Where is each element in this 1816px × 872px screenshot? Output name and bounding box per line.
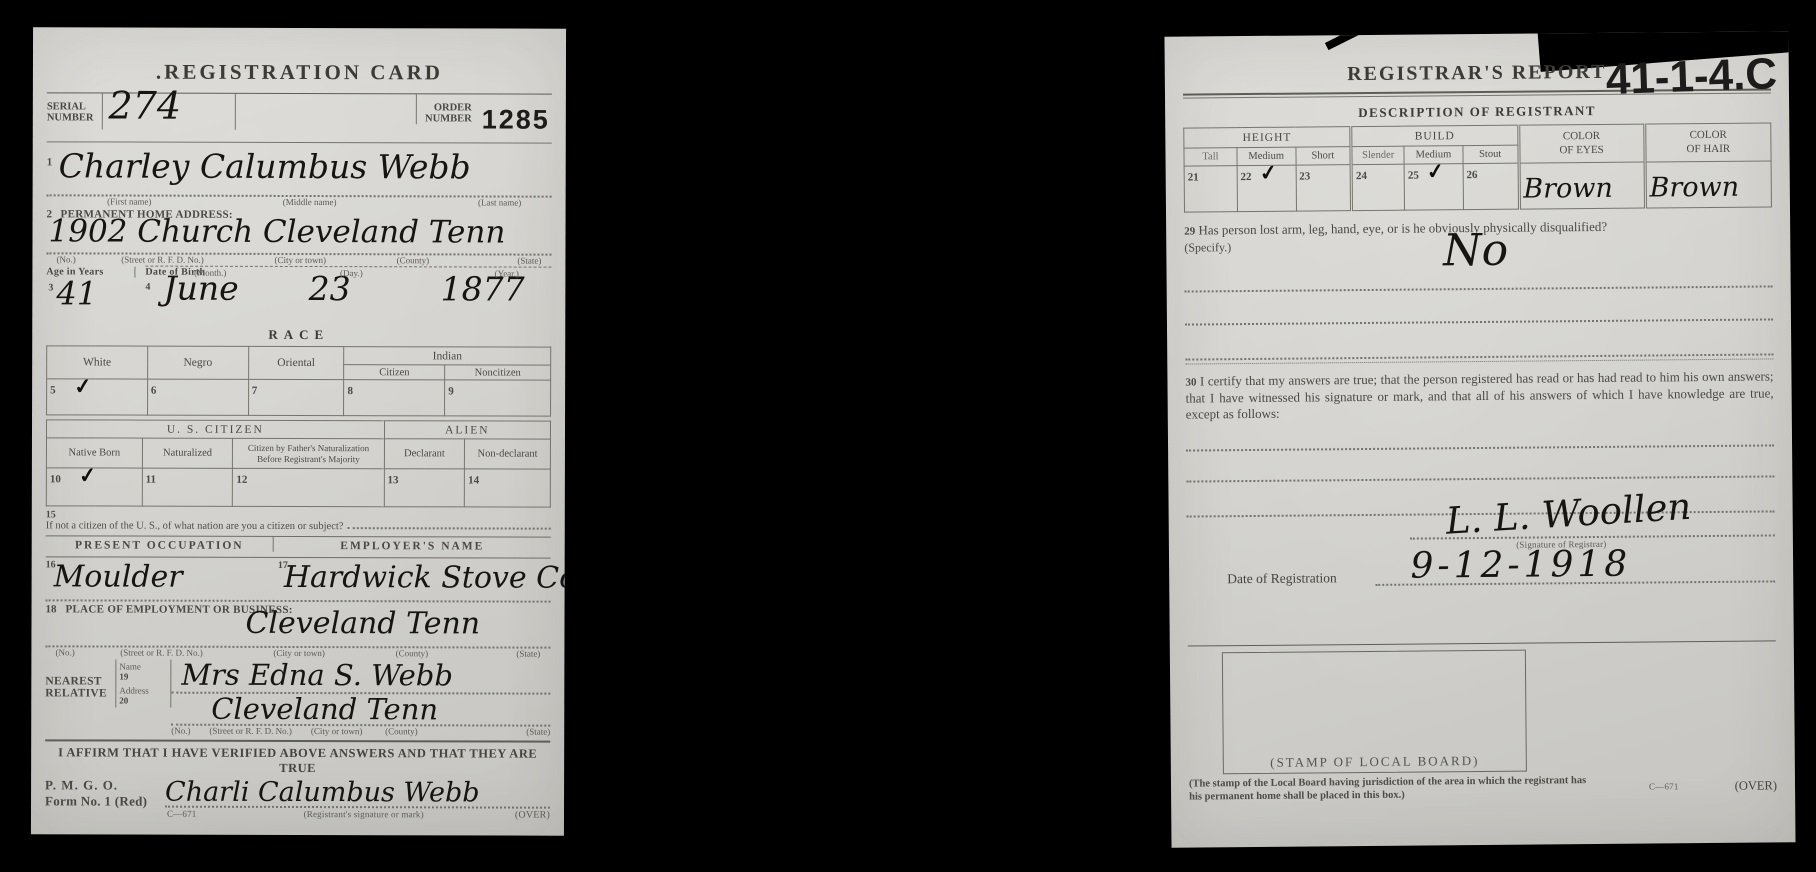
affirmation-text: I AFFIRM THAT I HAVE VERIFIED ABOVE ANSW… (45, 739, 550, 776)
line18-number: 18 (46, 603, 57, 615)
build-cell-25: 25 ✓ (1404, 164, 1463, 211)
age-value: 41 (56, 278, 97, 308)
registrant-name-value: Charley Calumbus Webb (59, 150, 471, 182)
citizen-cell-father: 12 (233, 468, 384, 506)
present-occupation-header: PRESENT OCCUPATION (46, 536, 274, 552)
occupation-value: Moulder (54, 563, 183, 592)
blank-line (1186, 475, 1774, 482)
stamp-box: (STAMP OF LOCAL BOARD) (1222, 649, 1527, 774)
citizen-cell-nondeclarant: 14 (465, 469, 551, 507)
sublabel-no: (No.) (57, 254, 76, 264)
registration-card: .REGISTRATION CARD SERIAL NUMBER 274 ORD… (31, 27, 566, 835)
sublabel-city: (City or town) (274, 255, 326, 265)
stamp-section-rule (1188, 640, 1776, 646)
registrant-signature-label: (Registrant's signature or mark) (304, 809, 424, 819)
relative-name-label: Name (119, 662, 141, 672)
eyes-cell: Brown (1519, 162, 1646, 209)
race-col-indian: Indian (344, 347, 551, 366)
over-label: (OVER) (1735, 778, 1777, 793)
q30-text: I certify that my answers are true; that… (1186, 368, 1774, 421)
line15-text: If not a citizen of the U. S., of what n… (46, 520, 344, 532)
employment-place-line: 18 PLACE OF EMPLOYMENT OR BUSINESS: Clev… (45, 601, 550, 646)
relative-field-labels: Name 19 Address 20 (115, 660, 171, 708)
relative-address-value: Cleveland Tenn (211, 696, 438, 724)
color-of-eyes-header: COLOR OF EYES (1518, 124, 1645, 163)
serial-number-value: 274 (108, 84, 181, 128)
form-id: P. M. G. O. Form No. 1 (Red) (45, 777, 165, 809)
q29-number: 29 (1184, 225, 1195, 237)
sublabel-month: (Month.) (194, 268, 226, 278)
registration-card-title: .REGISTRATION CARD (47, 59, 552, 85)
registration-date-value: 9-12-1918 (1410, 548, 1631, 584)
employers-name-header: EMPLOYER'S NAME (274, 537, 551, 553)
race-white-checkmark: ✓ (73, 380, 92, 394)
height-header: HEIGHT (1184, 127, 1351, 148)
relative-address-line: Cleveland Tenn (171, 694, 550, 727)
stamp-note-row: (The stamp of the Local Board having jur… (1189, 772, 1777, 803)
line1-number: 1 (47, 156, 53, 168)
sublabel-street: (Street or R. F. D. No.) (209, 726, 292, 736)
registrant-signature-area: Charli Calumbus Webb C—671 (Registrant's… (165, 778, 550, 823)
sublabel-street: (Street or R. F. D. No.) (120, 648, 203, 658)
line15: 15 If not a citizen of the U. S., of wha… (46, 509, 551, 532)
race-cell-indian-citizen: 8 (344, 380, 445, 416)
age-birth-row: Age in Years 3 41 Date of Birth 4 June 2… (46, 266, 551, 323)
us-citizen-header: U. S. CITIZEN (46, 420, 384, 439)
employer-value: Hardwick Stove Co (284, 564, 566, 593)
sublabel-county: (County) (385, 726, 418, 736)
description-table: HEIGHT BUILD COLOR OF EYES COLOR OF HAIR… (1183, 122, 1772, 212)
sublabel-last-name: (Last name) (478, 197, 521, 207)
stamp-box-label: (STAMP OF LOCAL BOARD) (1224, 752, 1526, 771)
line15-fill (347, 527, 550, 530)
build-medium-checkmark: ✓ (1426, 164, 1445, 179)
blank-line (1186, 444, 1774, 451)
registrars-report-card: REGISTRAR'S REPORT 41-1-4.C DESCRIPTION … (1164, 31, 1795, 847)
height-cell-21: 21 (1184, 166, 1237, 212)
serial-number-label: SERIAL NUMBER (47, 93, 94, 123)
sublabel-day: (Day.) (340, 268, 363, 278)
citizen-col-father: Citizen by Father's Naturalization Befor… (233, 438, 384, 468)
birth-line-number: 4 (145, 282, 150, 293)
relative-address-sublabels: (No.) (Street or R. F. D. No.) (City or … (171, 726, 550, 737)
race-cell-negro: 6 (147, 379, 248, 415)
occupation-values-row: 16 Moulder 17 Hardwick Stove Co (46, 557, 551, 602)
build-stout: Stout (1463, 145, 1519, 163)
race-col-negro: Negro (147, 346, 248, 379)
hair-cell: Brown (1645, 161, 1772, 208)
citizen-col-declarant: Declarant (384, 439, 465, 469)
relative-name-value: Mrs Edna S. Webb (181, 662, 453, 690)
build-cell-26: 26 (1463, 163, 1519, 209)
sublabel-no: (No.) (56, 647, 75, 657)
race-cell-white: 5 ✓ (47, 379, 148, 415)
home-address-sublabels: (No.) (Street or R. F. D. No.) (City or … (46, 254, 551, 265)
relative-values: Mrs Edna S. Webb Cleveland Tenn (No.) (S… (171, 660, 550, 737)
race-col-white: White (47, 346, 148, 379)
age-line-number: 3 (48, 282, 53, 293)
height-medium-checkmark: ✓ (1259, 166, 1278, 181)
build-slender: Slender (1351, 146, 1404, 164)
alien-header: ALIEN (384, 421, 550, 439)
stamp-box-note: (The stamp of the Local Board having jur… (1189, 774, 1589, 804)
serial-number-box: 274 (101, 93, 235, 129)
relative-address-number: 20 (119, 696, 167, 706)
race-col-indian-citizen: Citizen (344, 365, 445, 380)
employer-cell: 17 Hardwick Stove Co (274, 558, 551, 559)
citizen-cell-declarant: 13 (384, 469, 465, 507)
height-cell-23: 23 (1296, 165, 1352, 211)
height-tall: Tall (1184, 148, 1237, 166)
report-title-row: REGISTRAR'S REPORT 41-1-4.C (1183, 59, 1771, 87)
over-label: (OVER) (515, 810, 550, 821)
race-cell-oriental: 7 (248, 379, 344, 415)
sublabel-street: (Street or R. F. D. No.) (121, 255, 204, 265)
q29-specify-label: (Specify.) (1184, 240, 1231, 254)
eyes-value: Brown (1523, 173, 1613, 205)
color-of-hair-header: COLOR OF HAIR (1644, 123, 1771, 162)
sublabel-county: (County) (396, 648, 429, 658)
build-cell-24: 24 (1351, 164, 1404, 210)
home-address-line: 2 PERMANENT HOME ADDRESS: 1902 Church Cl… (46, 206, 551, 253)
nearest-relative-label: NEAREST RELATIVE (45, 659, 115, 699)
signature-block: P. M. G. O. Form No. 1 (Red) Charli Calu… (45, 777, 550, 822)
relative-address-label: Address (119, 686, 149, 696)
serial-order-row: SERIAL NUMBER 274 ORDER NUMBER 1285 (47, 93, 552, 143)
form-org: P. M. G. O. (45, 777, 165, 793)
citizen-cell-naturalized: 11 (142, 468, 233, 506)
sublabel-year: (Year.) (495, 269, 519, 279)
build-header: BUILD (1351, 125, 1518, 146)
blank-line (1185, 318, 1773, 325)
relative-name-line: Mrs Edna S. Webb (171, 660, 550, 695)
print-code: C—671 (167, 809, 197, 819)
registration-date-label: Date of Registration (1227, 570, 1337, 587)
age-cell: Age in Years 3 41 (46, 266, 135, 277)
nearest-relative-block: NEAREST RELATIVE Name 19 Address 20 Mrs … (45, 659, 550, 736)
citizenship-table: U. S. CITIZEN ALIEN Native Born Naturali… (46, 419, 551, 507)
sublabel-county: (County) (397, 255, 430, 265)
sublabel-city: (City or town) (311, 726, 363, 736)
sublabel-state: (State) (517, 256, 541, 266)
race-col-indian-noncitizen: Noncitizen (445, 365, 551, 380)
race-col-oriental: Oriental (248, 346, 344, 379)
birth-sublabels: (Month.) (Day.) (Year.) (145, 266, 551, 279)
occupation-header-row: PRESENT OCCUPATION EMPLOYER'S NAME (46, 535, 551, 558)
sublabel-state: (State) (516, 649, 540, 659)
form-number: Form No. 1 (Red) (45, 793, 165, 809)
race-table: White Negro Oriental Indian Citizen Nonc… (46, 345, 551, 416)
race-cell-indian-noncitizen: 9 (445, 380, 551, 416)
order-number-label: ORDER NUMBER (416, 94, 472, 124)
citizen-col-nondeclarant: Non-declarant (465, 439, 551, 469)
description-header: DESCRIPTION OF REGISTRANT (1183, 101, 1771, 122)
torn-mark (1325, 31, 1366, 50)
name-line: 1 Charley Calumbus Webb (47, 142, 552, 197)
sublabel-first-name: (First name) (107, 196, 151, 206)
birth-cell: Date of Birth 4 June 23 1877 (Month.) (D… (135, 267, 551, 279)
sublabel-state: (State) (526, 727, 550, 737)
registration-date-row: Date of Registration 9-12-1918 (1187, 554, 1775, 599)
sublabel-no: (No.) (171, 726, 190, 736)
sublabel-middle-name: (Middle name) (283, 197, 337, 207)
employment-place-value: Cleveland Tenn (245, 610, 480, 639)
citizen-cell-native: 10 ✓ (46, 468, 142, 506)
registrant-signature-value: Charli Calumbus Webb (165, 780, 480, 806)
question-30: 30 I certify that my answers are true; t… (1185, 368, 1773, 423)
q29-answer-area: (Specify.) No (1184, 233, 1772, 290)
height-cell-22: 22 ✓ (1237, 165, 1296, 212)
print-code: C—671 (1649, 781, 1679, 791)
board-stamp-number: 41-1-4.C (1605, 49, 1778, 105)
height-short: Short (1295, 147, 1351, 165)
q29-answer-value: No (1443, 230, 1508, 272)
q30-number: 30 (1185, 376, 1196, 388)
hair-value: Brown (1649, 172, 1739, 204)
registrar-signature-value: L. L. Woollen (1445, 489, 1692, 539)
relative-name-number: 19 (119, 672, 167, 682)
sublabel-city: (City or town) (273, 648, 325, 658)
home-address-value: 1902 Church Cleveland Tenn (48, 217, 505, 248)
employment-place-sublabels: (No.) (Street or R. F. D. No.) (City or … (45, 647, 550, 658)
order-number-value: 1285 (472, 94, 552, 135)
citizen-native-checkmark: ✓ (78, 469, 97, 483)
occupation-cell: 16 Moulder (46, 557, 274, 558)
race-header: RACE (46, 326, 551, 343)
citizen-col-naturalized: Naturalized (142, 438, 233, 468)
